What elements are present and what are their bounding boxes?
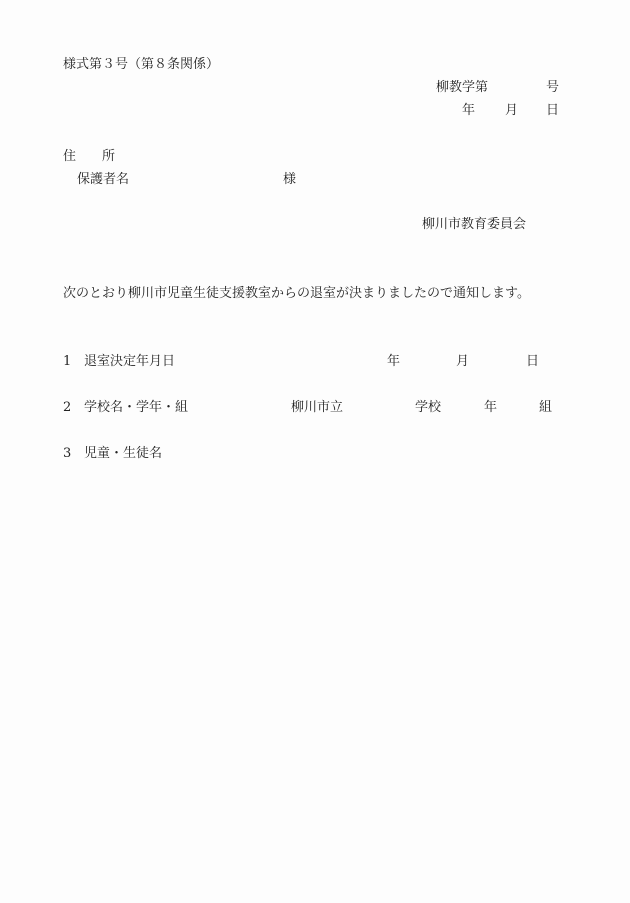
body-text: 次のとおり柳川市児童生徒支援教室からの退室が決まりましたので通知します。 <box>63 286 530 302</box>
doc-number-prefix: 柳教学第 <box>436 80 488 96</box>
guardian-label: 保護者名 <box>77 172 129 188</box>
date-year: 年 <box>462 103 475 119</box>
date-month: 月 <box>505 103 518 119</box>
item-2-label: 学校名・学年・組 <box>84 400 188 416</box>
form-number: 様式第３号（第８条関係） <box>63 57 219 73</box>
item-2-class: 組 <box>539 400 552 416</box>
item-3-label: 児童・生徒名 <box>84 446 162 462</box>
item-1-number: 1 <box>63 354 71 370</box>
item-1-year: 年 <box>387 354 400 370</box>
item-2-school: 学校 <box>415 400 441 416</box>
address-label: 住 所 <box>63 149 115 165</box>
sender-name: 柳川市教育委員会 <box>422 217 526 233</box>
doc-number-suffix: 号 <box>546 80 559 96</box>
item-2-city: 柳川市立 <box>291 400 343 416</box>
item-1-day: 日 <box>526 354 539 370</box>
item-1-month: 月 <box>456 354 469 370</box>
item-2-number: 2 <box>63 400 71 416</box>
honorific: 様 <box>283 172 296 188</box>
date-day: 日 <box>546 103 559 119</box>
item-1-label: 退室決定年月日 <box>84 354 175 370</box>
item-2-grade: 年 <box>484 400 497 416</box>
item-3-number: 3 <box>63 446 71 462</box>
